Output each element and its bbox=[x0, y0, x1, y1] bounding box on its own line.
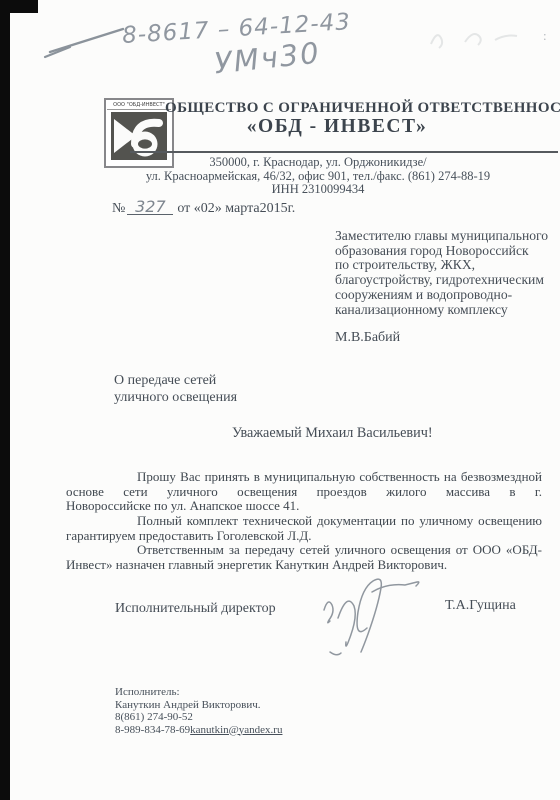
executor-contact-line: 8-989-834-78-69kanutkin@yandex.ru bbox=[115, 724, 282, 737]
addressee-block: Заместителю главы муниципального образов… bbox=[335, 229, 548, 317]
body-line: Новороссийске по ул. Анапское шоссе 41. bbox=[66, 499, 542, 514]
executor-label: Исполнитель: bbox=[115, 686, 282, 699]
letter-body: Прошу Вас принять в муниципальную собств… bbox=[66, 470, 542, 573]
ref-date: от «02» марта2015г. bbox=[177, 201, 295, 216]
org-name-line: «ОБД - ИНВЕСТ» bbox=[162, 116, 512, 138]
handwritten-check-icon bbox=[42, 24, 130, 60]
addressee-line: сооружениям и водопроводно- bbox=[335, 288, 548, 303]
executor-mobile: 8-989-834-78-69 bbox=[115, 724, 190, 736]
handwritten-ref-number: 327 bbox=[127, 199, 173, 215]
logo-caption: ООО "ОБД-ИНВЕСТ" bbox=[107, 101, 171, 110]
signer-position: Исполнительный директор bbox=[115, 601, 276, 617]
faint-pencil-marks bbox=[425, 20, 545, 52]
subject-line: О передаче сетей bbox=[114, 372, 237, 389]
letterhead-divider bbox=[130, 151, 558, 153]
executor-email-link: kanutkin@yandex.ru bbox=[190, 724, 282, 736]
body-line: Полный комплект технической документации… bbox=[66, 514, 542, 529]
inn-line: ИНН 2310099434 bbox=[96, 183, 540, 197]
subject-line: уличного освещения bbox=[114, 389, 237, 406]
executor-name: Кануткин Андрей Викторович. bbox=[115, 699, 282, 712]
addressee-line: Заместителю главы муниципального bbox=[335, 229, 548, 244]
address-line: ул. Красноармейская, 46/32, офис 901, те… bbox=[96, 170, 540, 184]
body-line: гарантируем предоставить Гоголевской Л.Д… bbox=[66, 529, 542, 544]
body-line: основе сети уличного освещения проездов … bbox=[66, 485, 542, 500]
body-line: Инвест» назначен главный энергетик Канут… bbox=[66, 558, 542, 573]
scan-corner-artifact bbox=[0, 0, 38, 13]
body-line: Ответственным за передачу сетей уличного… bbox=[66, 543, 542, 558]
handwritten-signature bbox=[312, 568, 434, 660]
salutation-line: Уважаемый Михаил Васильевич! bbox=[232, 425, 433, 442]
addressee-name: М.В.Бабий bbox=[335, 330, 400, 346]
address-line: 350000, г. Краснодар, ул. Орджоникидзе/ bbox=[96, 156, 540, 170]
org-type-line: ОБЩЕСТВО С ОГРАНИЧЕННОЙ ОТВЕТСТВЕННОСТЬЮ bbox=[165, 100, 560, 117]
addressee-line: по строительству, ЖКХ, bbox=[335, 258, 548, 273]
number-sign: № bbox=[112, 201, 125, 216]
addressee-line: образования город Новороссийск bbox=[335, 244, 548, 259]
faint-mark: : bbox=[543, 28, 547, 44]
scanned-letter-page: 8-8617 – 64-12-43 УМч30 : ООО "ОБД-ИНВЕС… bbox=[0, 0, 560, 800]
executor-block: Исполнитель: Кануткин Андрей Викторович.… bbox=[115, 686, 282, 736]
subject-block: О передаче сетей уличного освещения bbox=[114, 372, 237, 406]
addressee-line: благоустройству, гидротехническим bbox=[335, 273, 548, 288]
letterhead-address: 350000, г. Краснодар, ул. Орджоникидзе/ … bbox=[96, 156, 540, 197]
signer-name: Т.А.Гущина bbox=[445, 598, 516, 614]
scan-edge-artifact bbox=[0, 0, 10, 800]
executor-phone: 8(861) 274-90-52 bbox=[115, 711, 282, 724]
body-line: Прошу Вас принять в муниципальную собств… bbox=[66, 470, 542, 485]
addressee-line: канализационному комплексу bbox=[335, 303, 548, 318]
ref-number-line: №327от «02» марта2015г. bbox=[112, 199, 295, 217]
